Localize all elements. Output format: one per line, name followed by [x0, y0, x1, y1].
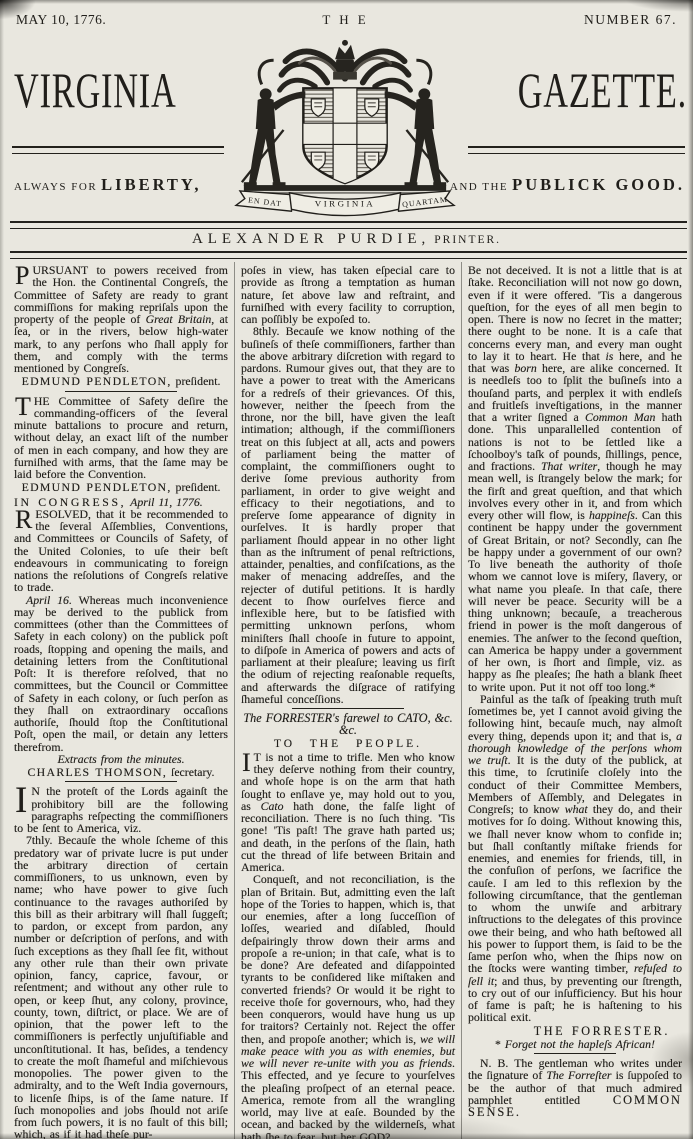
drop-cap-i: I — [241, 751, 254, 773]
paragraph-trifle: IT is not a time to trifle. Men who know… — [241, 751, 455, 874]
drop-cap-r: R — [14, 508, 35, 530]
newspaper-page: MAY 10, 1776. THE NUMBER 67. VIRGINIA GA… — [0, 0, 693, 1139]
issue-number: NUMBER 67. — [584, 12, 677, 28]
virginia-coat-of-arms: EN DAT VIRGINIA QUARTAM — [228, 38, 462, 218]
motto-liberty-big: LIBERTY, — [101, 175, 201, 194]
motto-publick-small: AND THE — [450, 181, 508, 193]
paragraph-april16: April 16. Whereas much inconvenience may… — [14, 594, 228, 753]
section-rule — [292, 708, 403, 709]
printer-line: ALEXANDER PURDIE, PRINTER. — [0, 230, 693, 248]
paragraph-text: URSUANT to powers received from the Hon.… — [14, 263, 228, 375]
motto-liberty: ALWAYS FOR LIBERTY, — [14, 175, 201, 195]
forrester-cato-heading: The FORRESTER's farewel to CATO, &c. &c. — [241, 712, 455, 737]
ground-line — [244, 185, 446, 191]
paragraph-eighthly: 8thly. Becauſe we know nothing of the bu… — [241, 325, 455, 705]
paragraph-poses: poſes in view, has taken eſpecial care t… — [241, 264, 455, 325]
rule-below-printer — [10, 251, 687, 259]
signature-pendleton-1: EDMUND PENDLETON, preſident. — [14, 375, 228, 387]
rule-left — [12, 146, 224, 154]
shield — [303, 88, 386, 183]
section-rule — [534, 1053, 615, 1054]
extracts-line: Extracts from the minutes. — [14, 753, 228, 765]
paragraph-nb: N. B. The gentleman who writes under the… — [468, 1057, 682, 1118]
motto-liberty-small: ALWAYS FOR — [14, 181, 97, 193]
title-gazette: GAZETTE. — [518, 62, 687, 119]
paragraph-deceived: Be not deceived. It is not a little that… — [468, 264, 682, 693]
crest-crown — [333, 40, 357, 80]
drop-cap-t: T — [14, 395, 34, 417]
column-middle: poſes in view, has taken eſpecial care t… — [234, 262, 461, 1139]
signature-thomson: CHARLES THOMSON, ſecretary. — [14, 766, 228, 778]
paragraph-text: T is not a time to trifle. Men who know … — [241, 750, 455, 874]
to-the-people-heading: TO THE PEOPLE. — [241, 738, 455, 750]
column-left: PURSUANT to powers received from the Hon… — [8, 262, 234, 1139]
paragraph-seventhly: 7thly. Becauſe the whole ſcheme of this … — [14, 834, 228, 1139]
paragraph-text: ESOLVED, that it be recommended to the ſ… — [14, 507, 228, 595]
african-footnote: * Forget not the hapleſs African! — [468, 1038, 682, 1050]
motto-publick-good: AND THE PUBLICK GOOD. — [450, 175, 685, 195]
section-rule — [65, 391, 176, 392]
printer-name: ALEXANDER PURDIE, — [192, 231, 430, 247]
paragraph-pursuant: PURSUANT to powers received from the Hon… — [14, 264, 228, 374]
paragraph-resolved: RESOLVED, that it be recommended to the … — [14, 508, 228, 594]
paragraph-painful: Painful as the taſk of ſpeaking truth mu… — [468, 693, 682, 1024]
paragraph-conquest: Conqueſt, and not reconciliation, is the… — [241, 873, 455, 1139]
printer-title: PRINTER. — [434, 234, 501, 246]
section-rule — [65, 781, 176, 782]
paragraph-text: N the proteſt of the Lords againſt the p… — [14, 784, 228, 835]
paragraph-text: HE Committee of Safety deſire the comman… — [14, 394, 228, 482]
masthead: MAY 10, 1776. THE NUMBER 67. VIRGINIA GA… — [0, 0, 693, 260]
signature-forrester: THE FORRESTER. — [468, 1025, 682, 1037]
paragraph-committee: THE Committee of Safety deſire the comma… — [14, 395, 228, 481]
masthead-topline: MAY 10, 1776. THE NUMBER 67. — [16, 12, 681, 30]
title-virginia: VIRGINIA — [14, 62, 177, 119]
the-label: THE — [16, 12, 681, 28]
drop-cap-i: I — [14, 785, 31, 816]
drop-cap-p: P — [14, 264, 32, 286]
rule-above-printer — [10, 221, 687, 229]
paragraph-protest: IN the proteſt of the Lords againſt the … — [14, 785, 228, 834]
rule-right — [468, 146, 685, 154]
article-columns: PURSUANT to powers received from the Hon… — [8, 262, 688, 1139]
signature-pendleton-2: EDMUND PENDLETON, preſident. — [14, 481, 228, 493]
ribbon-text-center: VIRGINIA — [315, 198, 375, 208]
column-right: Be not deceived. It is not a little that… — [461, 262, 688, 1139]
motto-publick-big: PUBLICK GOOD. — [512, 175, 685, 194]
